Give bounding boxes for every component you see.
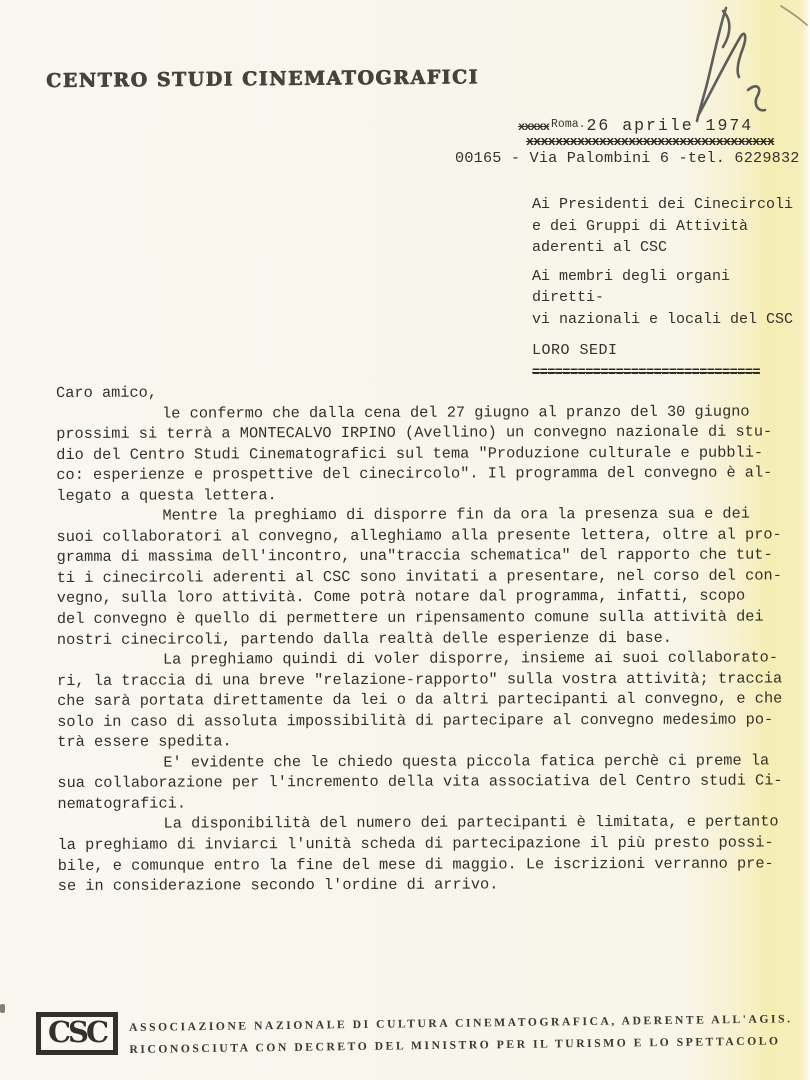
recipient-group-1: Ai Presidenti dei Cinecircoli e dei Grup… xyxy=(532,194,810,259)
recipient-group-2: Ai membri degli organi diretti- vi nazio… xyxy=(532,266,810,331)
letter-body: Caro amico, le confermo che dalla cena d… xyxy=(56,380,810,896)
footer-association-text: ASSOCIAZIONE NAZIONALE DI CULTURA CINEMA… xyxy=(129,1008,793,1060)
paragraph-2: Mentre la preghiamo di disporre fin da o… xyxy=(56,504,808,650)
struck-text: xxxxx xyxy=(518,120,549,134)
paragraph-1: le confermo che dalla cena del 27 giugno… xyxy=(56,401,808,506)
paragraph-5: La disponibilità del numero dei partecip… xyxy=(58,812,810,897)
letter-page: CENTRO STUDI CINEMATOGRAFICI xxxxxRoma.2… xyxy=(0,0,810,1080)
greeting: Caro amico, xyxy=(56,380,808,403)
letterhead-title: CENTRO STUDI CINEMATOGRAFICI xyxy=(46,66,479,92)
csc-logo: CSC xyxy=(36,1012,118,1055)
paragraph-3: La preghiamo quindi di voler disporre, i… xyxy=(57,647,809,752)
sender-address: 00165 - Via Palombini 6 -tel. 6229832 xyxy=(455,149,800,167)
date-line: xxxxxRoma.26 aprile 1974 xxxxxxxxxxxxxxx… xyxy=(518,116,774,151)
recipients-block: Ai Presidenti dei Cinecircoli e dei Grup… xyxy=(532,194,810,384)
paragraph-4: E' evidente che le chiedo questa piccola… xyxy=(57,750,809,814)
place-label: Roma. xyxy=(551,118,586,131)
loro-sedi-label: LORO SEDI xyxy=(532,340,810,362)
scan-artifact-speck xyxy=(0,1004,5,1013)
